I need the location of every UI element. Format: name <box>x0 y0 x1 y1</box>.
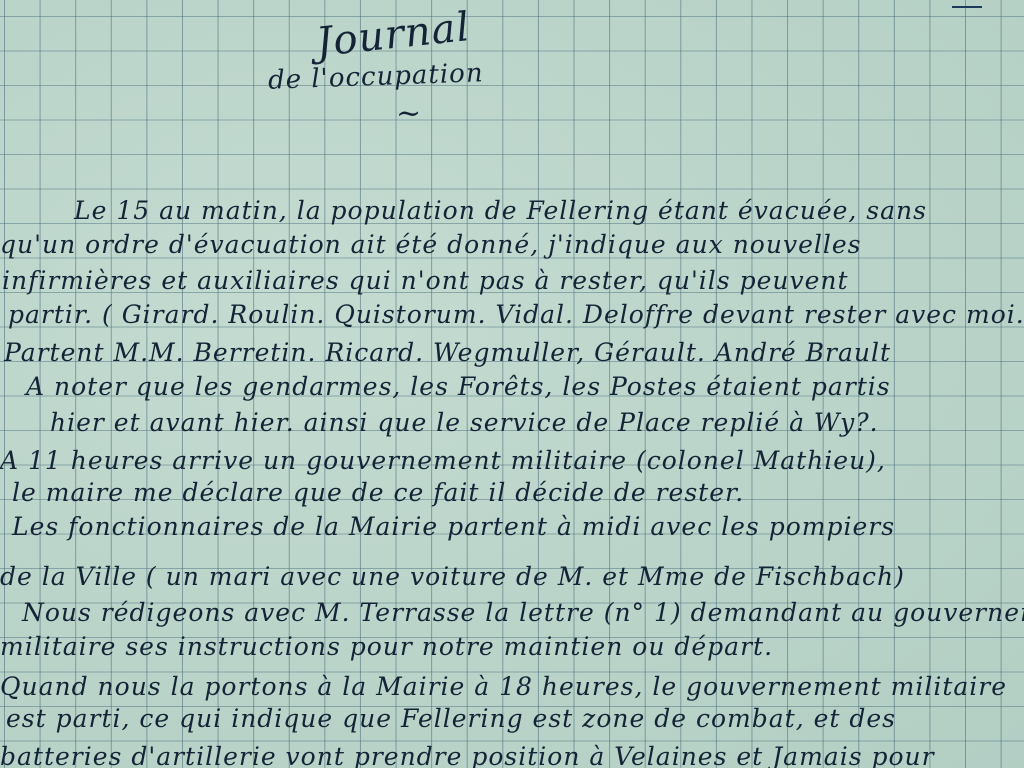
ink-mark <box>952 6 982 8</box>
text-line: hier et avant hier. ainsi que le service… <box>50 408 879 437</box>
text-line: partir. ( Girard. Roulin. Quistorum. Vid… <box>8 300 1024 329</box>
text-line: le maire me déclare que de ce fait il dé… <box>12 478 744 507</box>
text-line: militaire ses instructions pour notre ma… <box>0 632 773 661</box>
text-line: Nous rédigeons avec M. Terrasse la lettr… <box>22 598 1024 627</box>
text-line: Les fonctionnaires de la Mairie partent … <box>12 512 895 541</box>
text-line: est parti, ce qui indique que Fellering … <box>6 704 896 733</box>
text-line: Partent M.M. Berretin. Ricard. Wegmuller… <box>4 338 891 367</box>
text-line: infirmières et auxiliaires qui n'ont pas… <box>2 266 849 295</box>
text-line: qu'un ordre d'évacuation ait été donné, … <box>0 230 862 259</box>
text-line: A noter que les gendarmes, les Forêts, l… <box>26 372 891 401</box>
graph-paper-page: Journal de l'occupation ~ Le 15 au matin… <box>0 0 1024 768</box>
journal-title: Journal <box>314 4 472 66</box>
text-line: Quand nous la portons à la Mairie à 18 h… <box>0 672 1007 701</box>
text-line: de la Ville ( un mari avec une voiture d… <box>0 562 905 591</box>
text-line: batteries d'artillerie vont prendre posi… <box>0 742 935 768</box>
journal-subtitle: de l'occupation <box>268 58 485 96</box>
text-line: A 11 heures arrive un gouvernement milit… <box>0 446 886 475</box>
text-line: Le 15 au matin, la population de Felleri… <box>74 196 927 225</box>
title-separator: ~ <box>396 96 422 131</box>
